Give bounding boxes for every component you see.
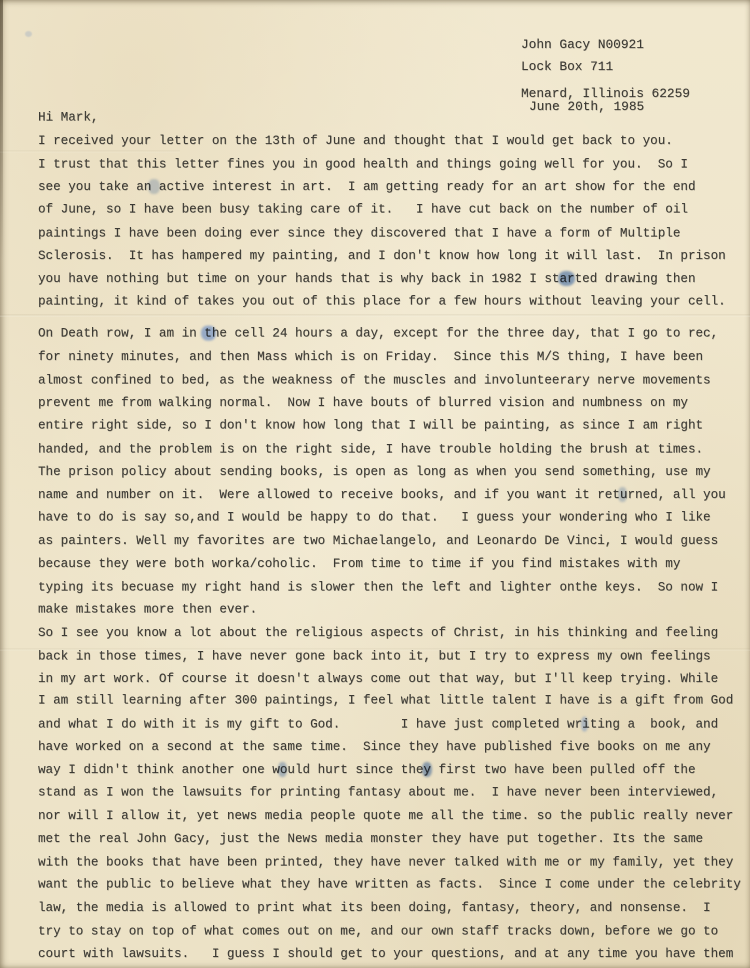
ink-correction-mark [422, 762, 432, 777]
typed-line: back in those times, I have never gone b… [38, 645, 744, 668]
typed-line: I trust that this letter fines you in go… [38, 153, 744, 176]
ink-correction-mark [618, 487, 626, 502]
typed-line: Sclerosis. It has hampered my painting, … [38, 245, 744, 268]
ink-correction-mark [581, 717, 589, 732]
typed-line: Hi Mark, [38, 107, 744, 130]
letter-scan: John Gacy N00921Lock Box 711Menard, Illi… [0, 0, 750, 968]
typed-line: have worked on a second at the same time… [38, 736, 744, 759]
letter-body: Hi Mark,I received your letter on the 13… [38, 107, 744, 966]
typed-line: law, the media is allowed to print what … [38, 897, 744, 920]
typed-line: way I didn't think another one would hur… [38, 759, 744, 782]
typed-line: court with lawsuits. I guess I should ge… [38, 943, 744, 966]
typed-line: and what I do with it is my gift to God.… [38, 714, 744, 737]
typed-line: stand as I won the lawsuits for printing… [38, 782, 744, 805]
typed-line: as painters. Well my favorites are two M… [38, 530, 744, 553]
typed-line: entire right side, so I don't know how l… [38, 415, 744, 438]
typed-line: in my art work. Of course it doesn't alw… [38, 668, 744, 691]
ink-correction-mark [278, 762, 286, 777]
typed-line: The prison policy about sending books, i… [38, 461, 744, 484]
paragraph: On Death row, I am in the cell 24 hours … [38, 323, 744, 965]
paper-speck [25, 31, 32, 37]
typed-line: make mistakes more then ever. [38, 598, 744, 621]
typed-line: for ninety minutes, and then Mass which … [38, 346, 744, 369]
typed-line: handed, and the problem is on the right … [38, 439, 744, 462]
typed-line: typing its becuase my right hand is slow… [38, 576, 744, 599]
sender-address-line: John Gacy N00921 [521, 34, 690, 56]
typed-line: nor will I allow it, yet news media peop… [38, 805, 744, 828]
typed-line: paintings I have been doing ever since t… [38, 222, 744, 245]
typed-line: you have nothing but time on your hands … [38, 268, 744, 291]
paragraph: Hi Mark,I received your letter on the 13… [38, 107, 744, 313]
typed-line: I received your letter on the 13th of Ju… [38, 130, 744, 153]
ink-correction-mark [148, 179, 159, 194]
sender-address-block: John Gacy N00921Lock Box 711Menard, Illi… [521, 26, 690, 118]
typed-line: want the public to believe what they hav… [38, 874, 744, 897]
ink-correction-mark [558, 271, 575, 286]
typed-line: with the books that have been printed, t… [38, 852, 744, 875]
typed-line: have to do is say so,and I would be happ… [38, 507, 744, 530]
typed-line: because they were both worka/coholic. Fr… [38, 553, 744, 576]
typed-line: see you take an active interest in art. … [38, 176, 744, 199]
typed-line: try to stay on top of what comes out on … [38, 920, 744, 943]
typed-line: On Death row, I am in the cell 24 hours … [38, 323, 744, 346]
ink-correction-mark [201, 326, 215, 341]
typed-line: almost confined to bed, as the weakness … [38, 370, 744, 393]
typed-line: prevent me from walking normal. Now I ha… [38, 392, 744, 415]
typed-line: met the real John Gacy, just the News me… [38, 828, 744, 851]
typed-line: of June, so I have been busy taking care… [38, 198, 744, 221]
typed-line: I am still learning after 300 paintings,… [38, 690, 744, 713]
typed-line: painting, it kind of takes you out of th… [38, 290, 744, 313]
typed-line: So I see you know a lot about the religi… [38, 622, 744, 645]
sender-address-line: Lock Box 711 [521, 56, 690, 78]
typed-line: name and number on it. Were allowed to r… [38, 484, 744, 507]
